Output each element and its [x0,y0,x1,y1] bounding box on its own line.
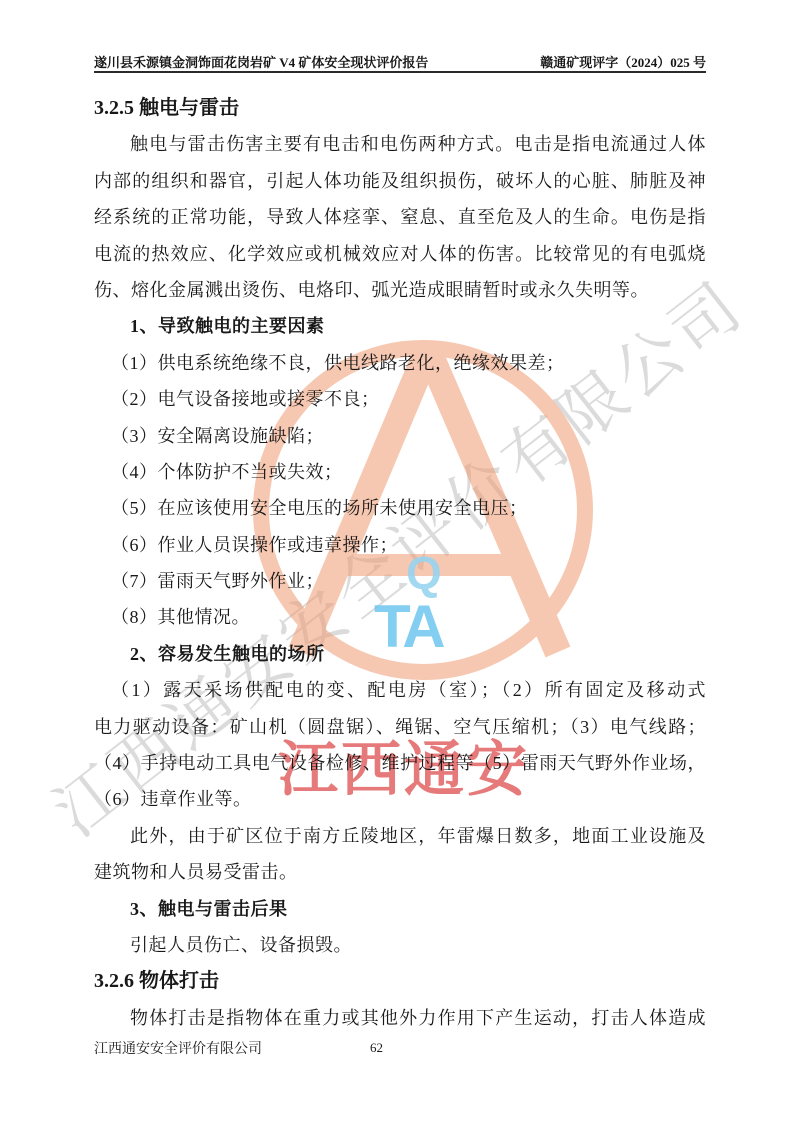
list-item-6: （6）作业人员误操作或违章操作； [94,527,706,563]
footer-company-name: 江西通安安全评价有限公司 [94,1042,262,1057]
content-layer: 遂川县禾源镇金洞饰面花岗岩矿 V4 矿体安全现状评价报告 赣通矿现评字（2024… [0,0,793,1122]
section-heading-325: 3.2.5 触电与雷击 [94,90,706,126]
list-item-5: （5）在应该使用安全电压的场所未使用安全电压； [94,490,706,526]
paragraph-line: 建筑物和人员易受雷击。 [94,854,706,890]
paragraph-line: （6）违章作业等。 [94,781,706,817]
subheading-3: 3、触电与雷击后果 [94,891,706,927]
paragraph-line: 电流的热效应、化学效应或机械效应对人体的伤害。比较常见的有电弧烧 [94,236,706,272]
document-body: 3.2.5 触电与雷击 触电与雷击伤害主要有电击和电伤两种方式。电击是指电流通过… [94,90,706,1036]
paragraph-line: 内部的组织和器官，引起人体功能及组织损伤，破坏人的心脏、肺脏及神 [94,163,706,199]
paragraph-line: 经系统的正常功能，导致人体痉挛、窒息、直至危及人的生命。电伤是指 [94,199,706,235]
list-item-4: （4）个体防护不当或失效； [94,454,706,490]
paragraph-line: 电力驱动设备：矿山机（圆盘锯）、绳锯、空气压缩机；（3）电气线路； [94,709,706,745]
list-item-3: （3）安全隔离设施缺陷； [94,418,706,454]
list-item-2: （2）电气设备接地或接零不良； [94,381,706,417]
paragraph-line: （4）手持电动工具电气设备检修、维护过程等（5）雷雨天气野外作业场， [94,745,706,781]
list-item-1: （1）供电系统绝缘不良，供电线路老化，绝缘效果差； [94,345,706,381]
paragraph-line: 此外，由于矿区位于南方丘陵地区，年雷爆日数多，地面工业设施及 [94,818,706,854]
list-item-7: （7）雷雨天气野外作业； [94,563,706,599]
page-footer: 江西通安安全评价有限公司 62 [94,1038,706,1058]
header-doc-number: 赣通矿现评字（2024）025 号 [540,52,706,71]
paragraph-line: 引起人员伤亡、设备损毁。 [94,927,706,963]
subheading-1: 1、导致触电的主要因素 [94,308,706,344]
page-number: 62 [370,1040,383,1056]
section-heading-326: 3.2.6 物体打击 [94,963,706,999]
paragraph-line: 触电与雷击伤害主要有电击和电伤两种方式。电击是指电流通过人体 [94,126,706,162]
subheading-2: 2、容易发生触电的场所 [94,636,706,672]
header-report-title: 遂川县禾源镇金洞饰面花岗岩矿 V4 矿体安全现状评价报告 [94,52,428,71]
page-header: 遂川县禾源镇金洞饰面花岗岩矿 V4 矿体安全现状评价报告 赣通矿现评字（2024… [94,50,706,73]
paragraph-line: 伤、熔化金属溅出烫伤、电烙印、弧光造成眼睛暂时或永久失明等。 [94,272,706,308]
paragraph-line: 物体打击是指物体在重力或其他外力作用下产生运动，打击人体造成 [94,1000,706,1036]
list-item-8: （8）其他情况。 [94,599,706,635]
document-page: 江西通安安全评价有限公司 Q TA 江西通安 遂川县禾源镇金洞饰面花岗岩矿 V4… [0,0,793,1122]
paragraph-line: （1）露天采场供配电的变、配电房（室）；（2）所有固定及移动式 [94,672,706,708]
